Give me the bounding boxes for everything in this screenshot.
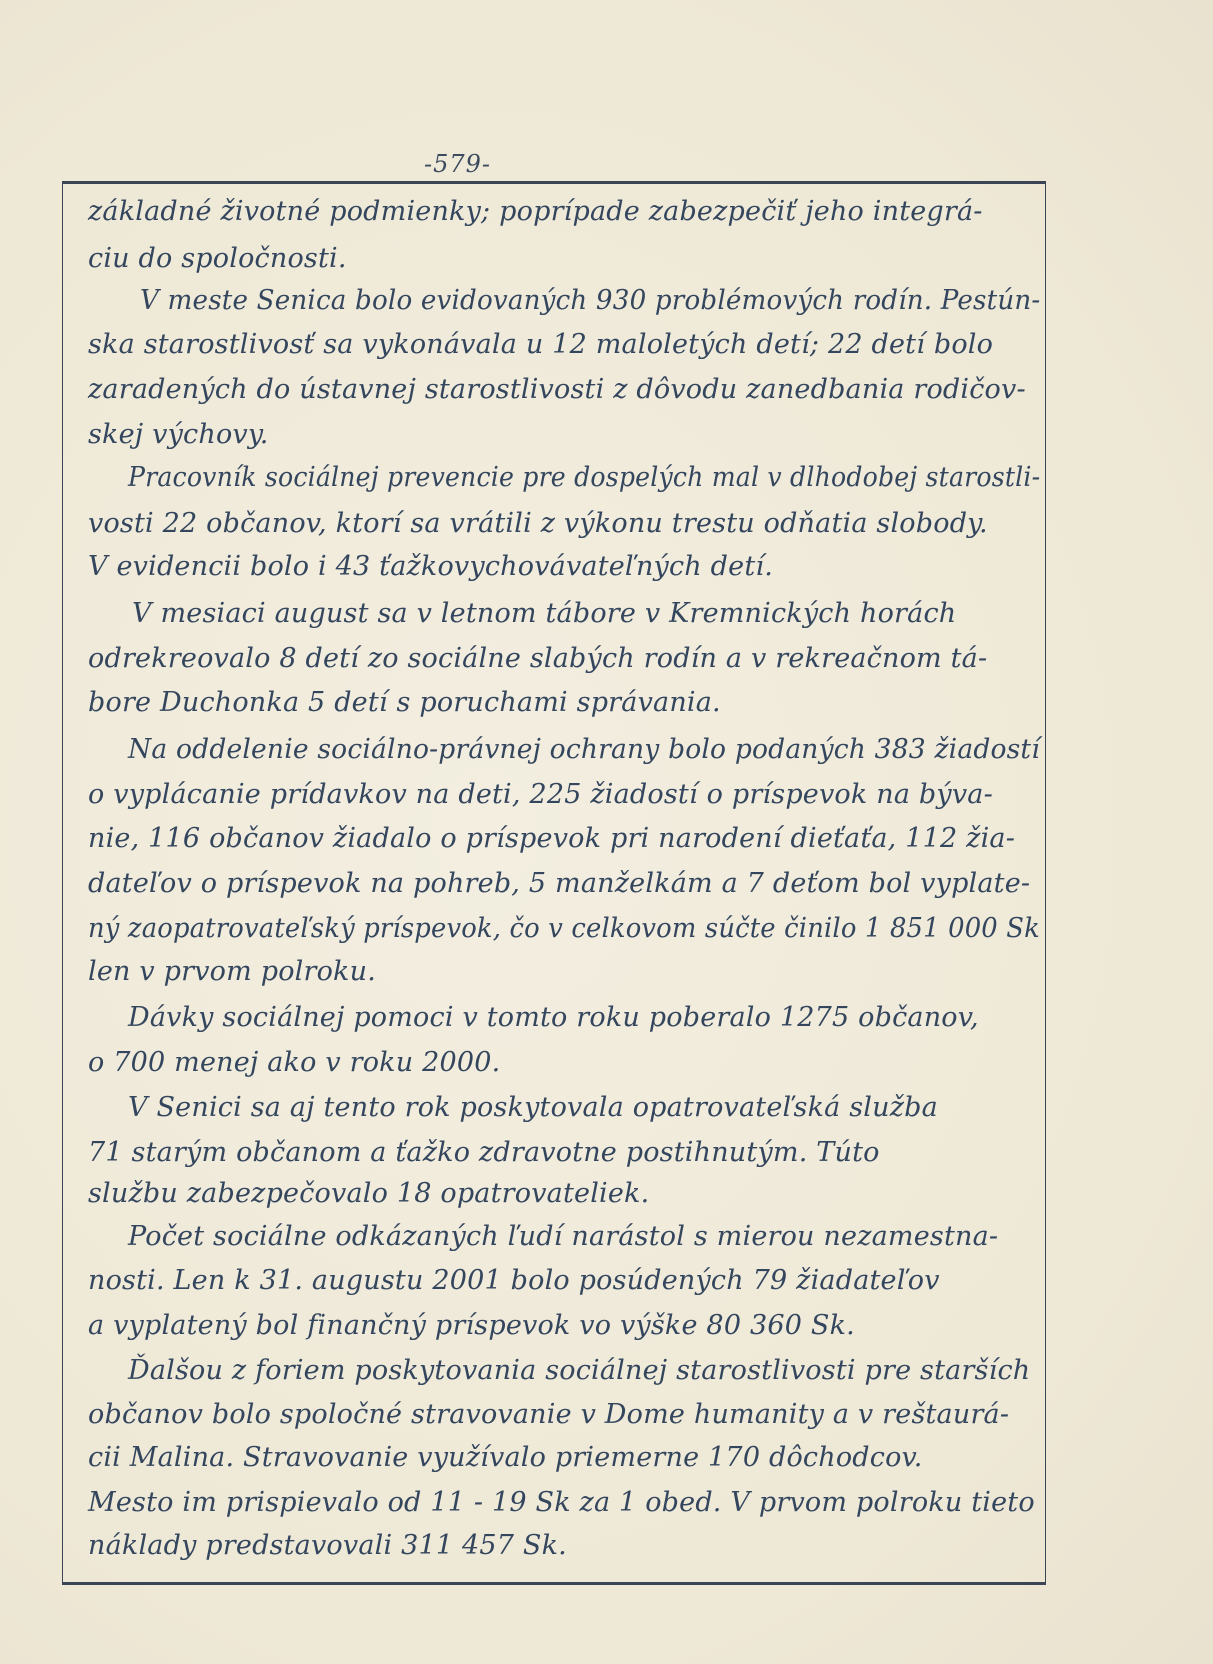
text-line: o 700 menej ako v roku 2000. — [88, 1047, 500, 1078]
text-line: Dávky sociálnej pomoci v tomto roku pobe… — [128, 1002, 979, 1033]
text-line: a vyplatený bol finančný príspevok vo vý… — [88, 1310, 855, 1341]
text-line: nosti. Len k 31. augustu 2001 bolo posúd… — [88, 1265, 940, 1296]
text-line: Na oddelenie sociálno-právnej ochrany bo… — [128, 734, 1040, 765]
chronicle-page: -579- základné životné podmienky; popríp… — [0, 0, 1213, 1664]
text-line: službu zabezpečovalo 18 opatrovateliek. — [88, 1178, 649, 1209]
text-line: skej výchovy. — [88, 419, 269, 450]
text-line: Mesto im prispievalo od 11 - 19 Sk za 1 … — [88, 1487, 1035, 1518]
text-line: cii Malina. Stravovanie využívalo prieme… — [88, 1442, 923, 1473]
text-line: odrekreovalo 8 detí zo sociálne slabých … — [88, 643, 987, 674]
text-line: 71 starým občanom a ťažko zdravotne post… — [88, 1137, 880, 1168]
text-line: ska starostlivosť sa vykonávala u 12 mal… — [88, 329, 993, 360]
text-line: o vyplácanie prídavkov na deti, 225 žiad… — [88, 779, 993, 810]
text-line: občanov bolo spoločné stravovanie v Dome… — [88, 1399, 1009, 1430]
text-line: V Senici sa aj tento rok poskytovala opa… — [128, 1092, 938, 1123]
text-line: Počet sociálne odkázaných ľudí narástol … — [128, 1221, 998, 1252]
text-line: nie, 116 občanov žiadalo o príspevok pri… — [88, 823, 1015, 854]
text-line: Pracovník sociálnej prevencie pre dospel… — [128, 462, 1040, 493]
page-number: -579- — [424, 150, 491, 178]
text-line: len v prvom polroku. — [88, 956, 376, 987]
text-line: Ďalšou z foriem poskytovania sociálnej s… — [128, 1355, 1030, 1386]
text-line: vosti 22 občanov, ktorí sa vrátili z výk… — [88, 508, 988, 539]
text-line: základné životné podmienky; poprípade za… — [88, 196, 983, 227]
text-line: V evidencii bolo i 43 ťažkovychovávateľn… — [88, 551, 773, 582]
text-line: V meste Senica bolo evidovaných 930 prob… — [140, 285, 1040, 316]
text-line: náklady predstavovali 311 457 Sk. — [88, 1530, 567, 1561]
text-line: bore Duchonka 5 detí s poruchami správan… — [88, 687, 721, 718]
text-line: ný zaopatrovateľský príspevok, čo v celk… — [88, 913, 1040, 944]
text-line: V mesiaci august sa v letnom tábore v Kr… — [132, 598, 956, 629]
text-line: zaradených do ústavnej starostlivosti z … — [88, 374, 1026, 405]
text-line: dateľov o príspevok na pohreb, 5 manželk… — [88, 868, 1030, 899]
text-line: ciu do spoločnosti. — [88, 243, 347, 274]
